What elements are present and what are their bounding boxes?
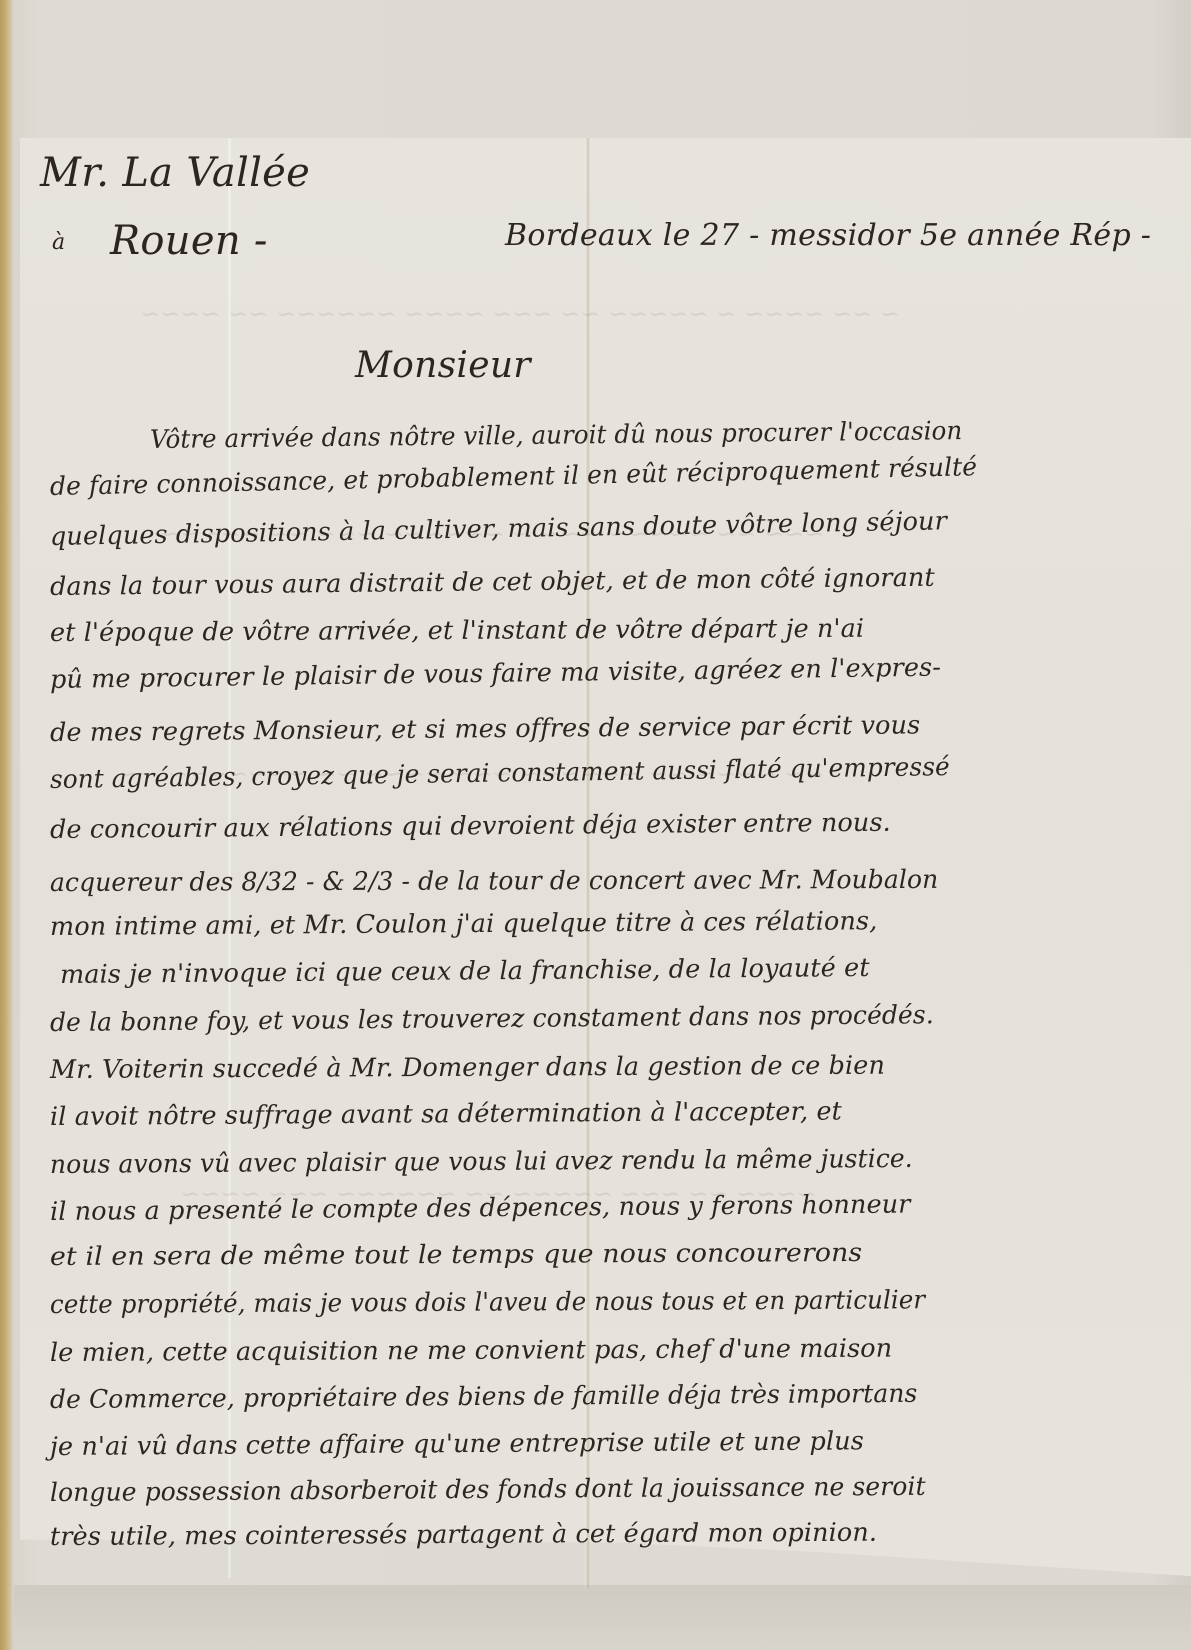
body-line: Mr. Voiterin succedé à Mr. Domenger dans… [50, 1051, 885, 1085]
body-line: cette propriété, mais je vous dois l'ave… [50, 1285, 925, 1320]
body-line: très utile, mes cointeressés partagent à… [50, 1518, 877, 1552]
body-line: il avoit nôtre suffrage avant sa détermi… [50, 1096, 842, 1132]
body-line: et il en sera de même tout le temps que … [50, 1238, 862, 1272]
backing-bottom [14, 1585, 1191, 1650]
recipient-name: Mr. La Vallée [40, 150, 310, 196]
recipient-city: Rouen - [110, 218, 268, 264]
body-line: longue possession absorberoit des fonds … [50, 1472, 926, 1508]
body-line: de Commerce, propriétaire des biens de f… [50, 1379, 918, 1415]
body-line: acquereur des 8/32 - & 2/3 - de la tour … [50, 865, 938, 898]
body-line: le mien, cette acquisition ne me convien… [50, 1334, 892, 1368]
fold-crease-center [585, 138, 591, 1588]
body-line: et l'époque de vôtre arrivée, et l'insta… [50, 614, 864, 648]
salutation: Monsieur [355, 345, 531, 386]
dateline: Bordeaux le 27 - messidor 5e année Rép - [505, 218, 1151, 253]
body-line: je n'ai vû dans cette affaire qu'une ent… [50, 1426, 864, 1462]
body-line: mon intime ami, et Mr. Coulon j'ai quelq… [50, 906, 878, 942]
show-through-text: ~ ~~ ~~~~ ~ ~~~~~ ~~ ~~~ ~~~~ ~~~~~~ ~~ … [140, 300, 900, 328]
body-line: nous avons vû avec plaisir que vous lui … [50, 1144, 913, 1180]
address-preposition: à [52, 230, 65, 255]
